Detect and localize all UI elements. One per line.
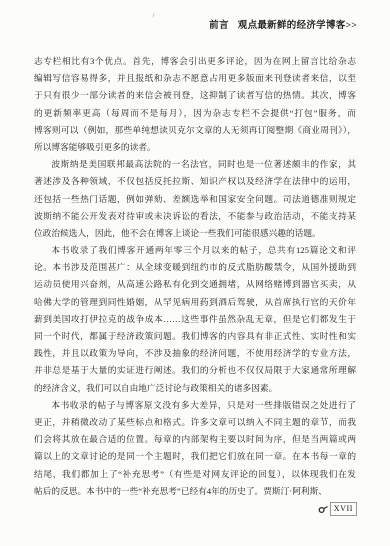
running-header: 前言观点最新鲜的经济学博客>> bbox=[209, 20, 357, 32]
text-line: 们会将其放在最合适的位置。每章的内部架构主要以时间为序，但是当两篇或两 bbox=[34, 431, 356, 448]
text-line: 所以博客能够吸引更多的读者。 bbox=[34, 139, 356, 156]
page-footer: XVII bbox=[318, 502, 357, 516]
text-line: 践性，并且以政策为导向，不涉及抽象的经济问题，不使用经济学的专业方法， bbox=[34, 345, 356, 362]
text-line: 本书收录了我们博客开通两年零三个月以来的帖子，总共有125篇论文和评 bbox=[34, 242, 356, 259]
text-line: 位政治候选人，因此，他不会在博客上谈论一些我们可能很感兴趣的话题。 bbox=[34, 225, 356, 242]
text-line: 结尾，我们都加上了“补充思考”（有些是对网友评论的回复），以体现我们在发 bbox=[34, 466, 356, 483]
text-line: 博客则可以（例如，那些单纯想读贝克尔文章的人无须再订阅整期《商业周刊》）， bbox=[34, 122, 356, 139]
paragraph: 波斯纳是美国联邦最高法院的一名法官，同时也是一位著述颇丰的作家，其著述涉及各种领… bbox=[34, 156, 356, 242]
text-line: 同一个时代，都属于经济政策问题。我们博客的内容具有非正式性、实时性和实 bbox=[34, 328, 356, 345]
text-line: 哈佛大学的管理到同性婚姻，从罕见病用药到酒后驾驶，从首席执行官的天价年 bbox=[34, 294, 356, 311]
page-body: 志专栏相比有3个优点。首先，博客会引出更多评论，因为在网上留言比给杂志编辑写信容… bbox=[34, 53, 356, 500]
text-line: 的经济含义，我们可以自由地广泛讨论与政策相关的诸多因素。 bbox=[34, 380, 356, 397]
text-line: 著述涉及各种领域，不仅包括反托拉斯、知识产权以及经济学在法律中的运用， bbox=[34, 173, 356, 190]
book-page: 前言观点最新鲜的经济学博客>> 志专栏相比有3个优点。首先，博客会引出更多评论，… bbox=[0, 0, 390, 546]
text-line: 并非总是基于大量的实证进行阐述。我们的分析也不仅仅局限于大家通常所理解 bbox=[34, 362, 356, 379]
scan-artifact bbox=[150, 13, 154, 18]
running-header-title: 观点最新鲜的经济学博客>> bbox=[238, 21, 357, 31]
text-line: 更正，并稍微改动了某些标点和格式。许多文章可以纳入不同主题的章节，而我 bbox=[34, 414, 356, 431]
text-line: 本书收录的帖子与博客原文没有多大差异，只是对一些排版错误之处进行了 bbox=[34, 397, 356, 414]
text-line: 论。本书涉及范围甚广：从全球变暖到纽约市的反式脂肪酸禁令，从国外援助到 bbox=[34, 259, 356, 276]
text-line: 波斯纳是美国联邦最高法院的一名法官，同时也是一位著述颇丰的作家，其 bbox=[34, 156, 356, 173]
text-line: 波斯纳不能公开发表对待审或未决诉讼的看法，不能参与政治活动，不能支持某 bbox=[34, 208, 356, 225]
page-number-ornament-icon bbox=[318, 505, 329, 514]
text-line: 帖后的反思。本书中的一些“补充思考”已经有4年的历史了。贾斯汀·阿利斯、 bbox=[34, 483, 356, 500]
text-line: 于只有很少一部分读者的来信会被刊登，这抑制了读者写信的热情。其次，博客 bbox=[34, 87, 356, 104]
paragraph: 本书收录的帖子与博客原文没有多大差异，只是对一些排版错误之处进行了更正，并稍微改… bbox=[34, 397, 356, 500]
paragraph: 志专栏相比有3个优点。首先，博客会引出更多评论，因为在网上留言比给杂志编辑写信容… bbox=[34, 53, 356, 156]
text-line: 还包括一些热门话题，例如弹劾、差额选举和国家安全问题。司法道德准则规定 bbox=[34, 191, 356, 208]
text-line: 的更新频率更高（每周而不是每月），因为杂志专栏不会提供“打包”服务，而 bbox=[34, 105, 356, 122]
running-header-section-label: 前言 bbox=[209, 21, 229, 31]
text-line: 编辑写信容易得多，并且报纸和杂志不愿意占用更多版面来刊登读者来信，以至 bbox=[34, 70, 356, 87]
text-line: 运动员使用兴奋剂，从高速公路私有化到交通拥堵，从网络赌博到器官买卖，从 bbox=[34, 276, 356, 293]
text-line: 薪到美国攻打伊拉克的战争成本……这些事件虽然杂乱无章，但是它们都发生于 bbox=[34, 311, 356, 328]
page-number: XVII bbox=[330, 502, 357, 516]
paragraph: 本书收录了我们博客开通两年零三个月以来的帖子，总共有125篇论文和评论。本书涉及… bbox=[34, 242, 356, 397]
text-line: 志专栏相比有3个优点。首先，博客会引出更多评论，因为在网上留言比给杂志 bbox=[34, 53, 356, 70]
text-line: 篇以上的文章讨论的是同一个主题时，我们把它们放在同一章。在本书每一章的 bbox=[34, 448, 356, 465]
